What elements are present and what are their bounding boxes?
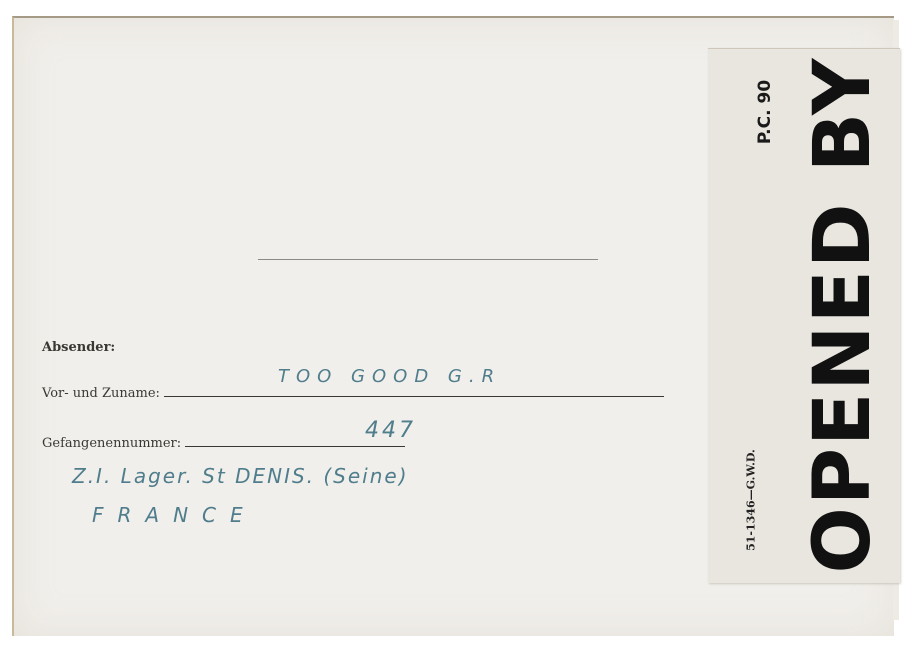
name-line (164, 386, 664, 397)
name-label: Vor- und Zuname: (42, 386, 160, 401)
prisoner-number-row: Gefangenennummer: (42, 436, 405, 451)
sender-label: Absender: (42, 340, 115, 355)
fold-line (258, 259, 598, 260)
handwritten-prisoner-number: 447 (365, 418, 416, 443)
handwritten-address: Z.I. Lager. St DENIS. (Seine) (72, 464, 409, 488)
name-row: Vor- und Zuname: (42, 386, 664, 401)
handwritten-name: TOO GOOD G.R (278, 366, 501, 387)
censor-code: P.C. 90 (755, 80, 775, 144)
prisoner-number-label: Gefangenennummer: (42, 436, 181, 451)
censor-print-code: 51-1346—G.W.D. (745, 449, 758, 551)
censor-title: OPENED BY (798, 57, 888, 574)
handwritten-country: FRANCE (92, 503, 257, 527)
